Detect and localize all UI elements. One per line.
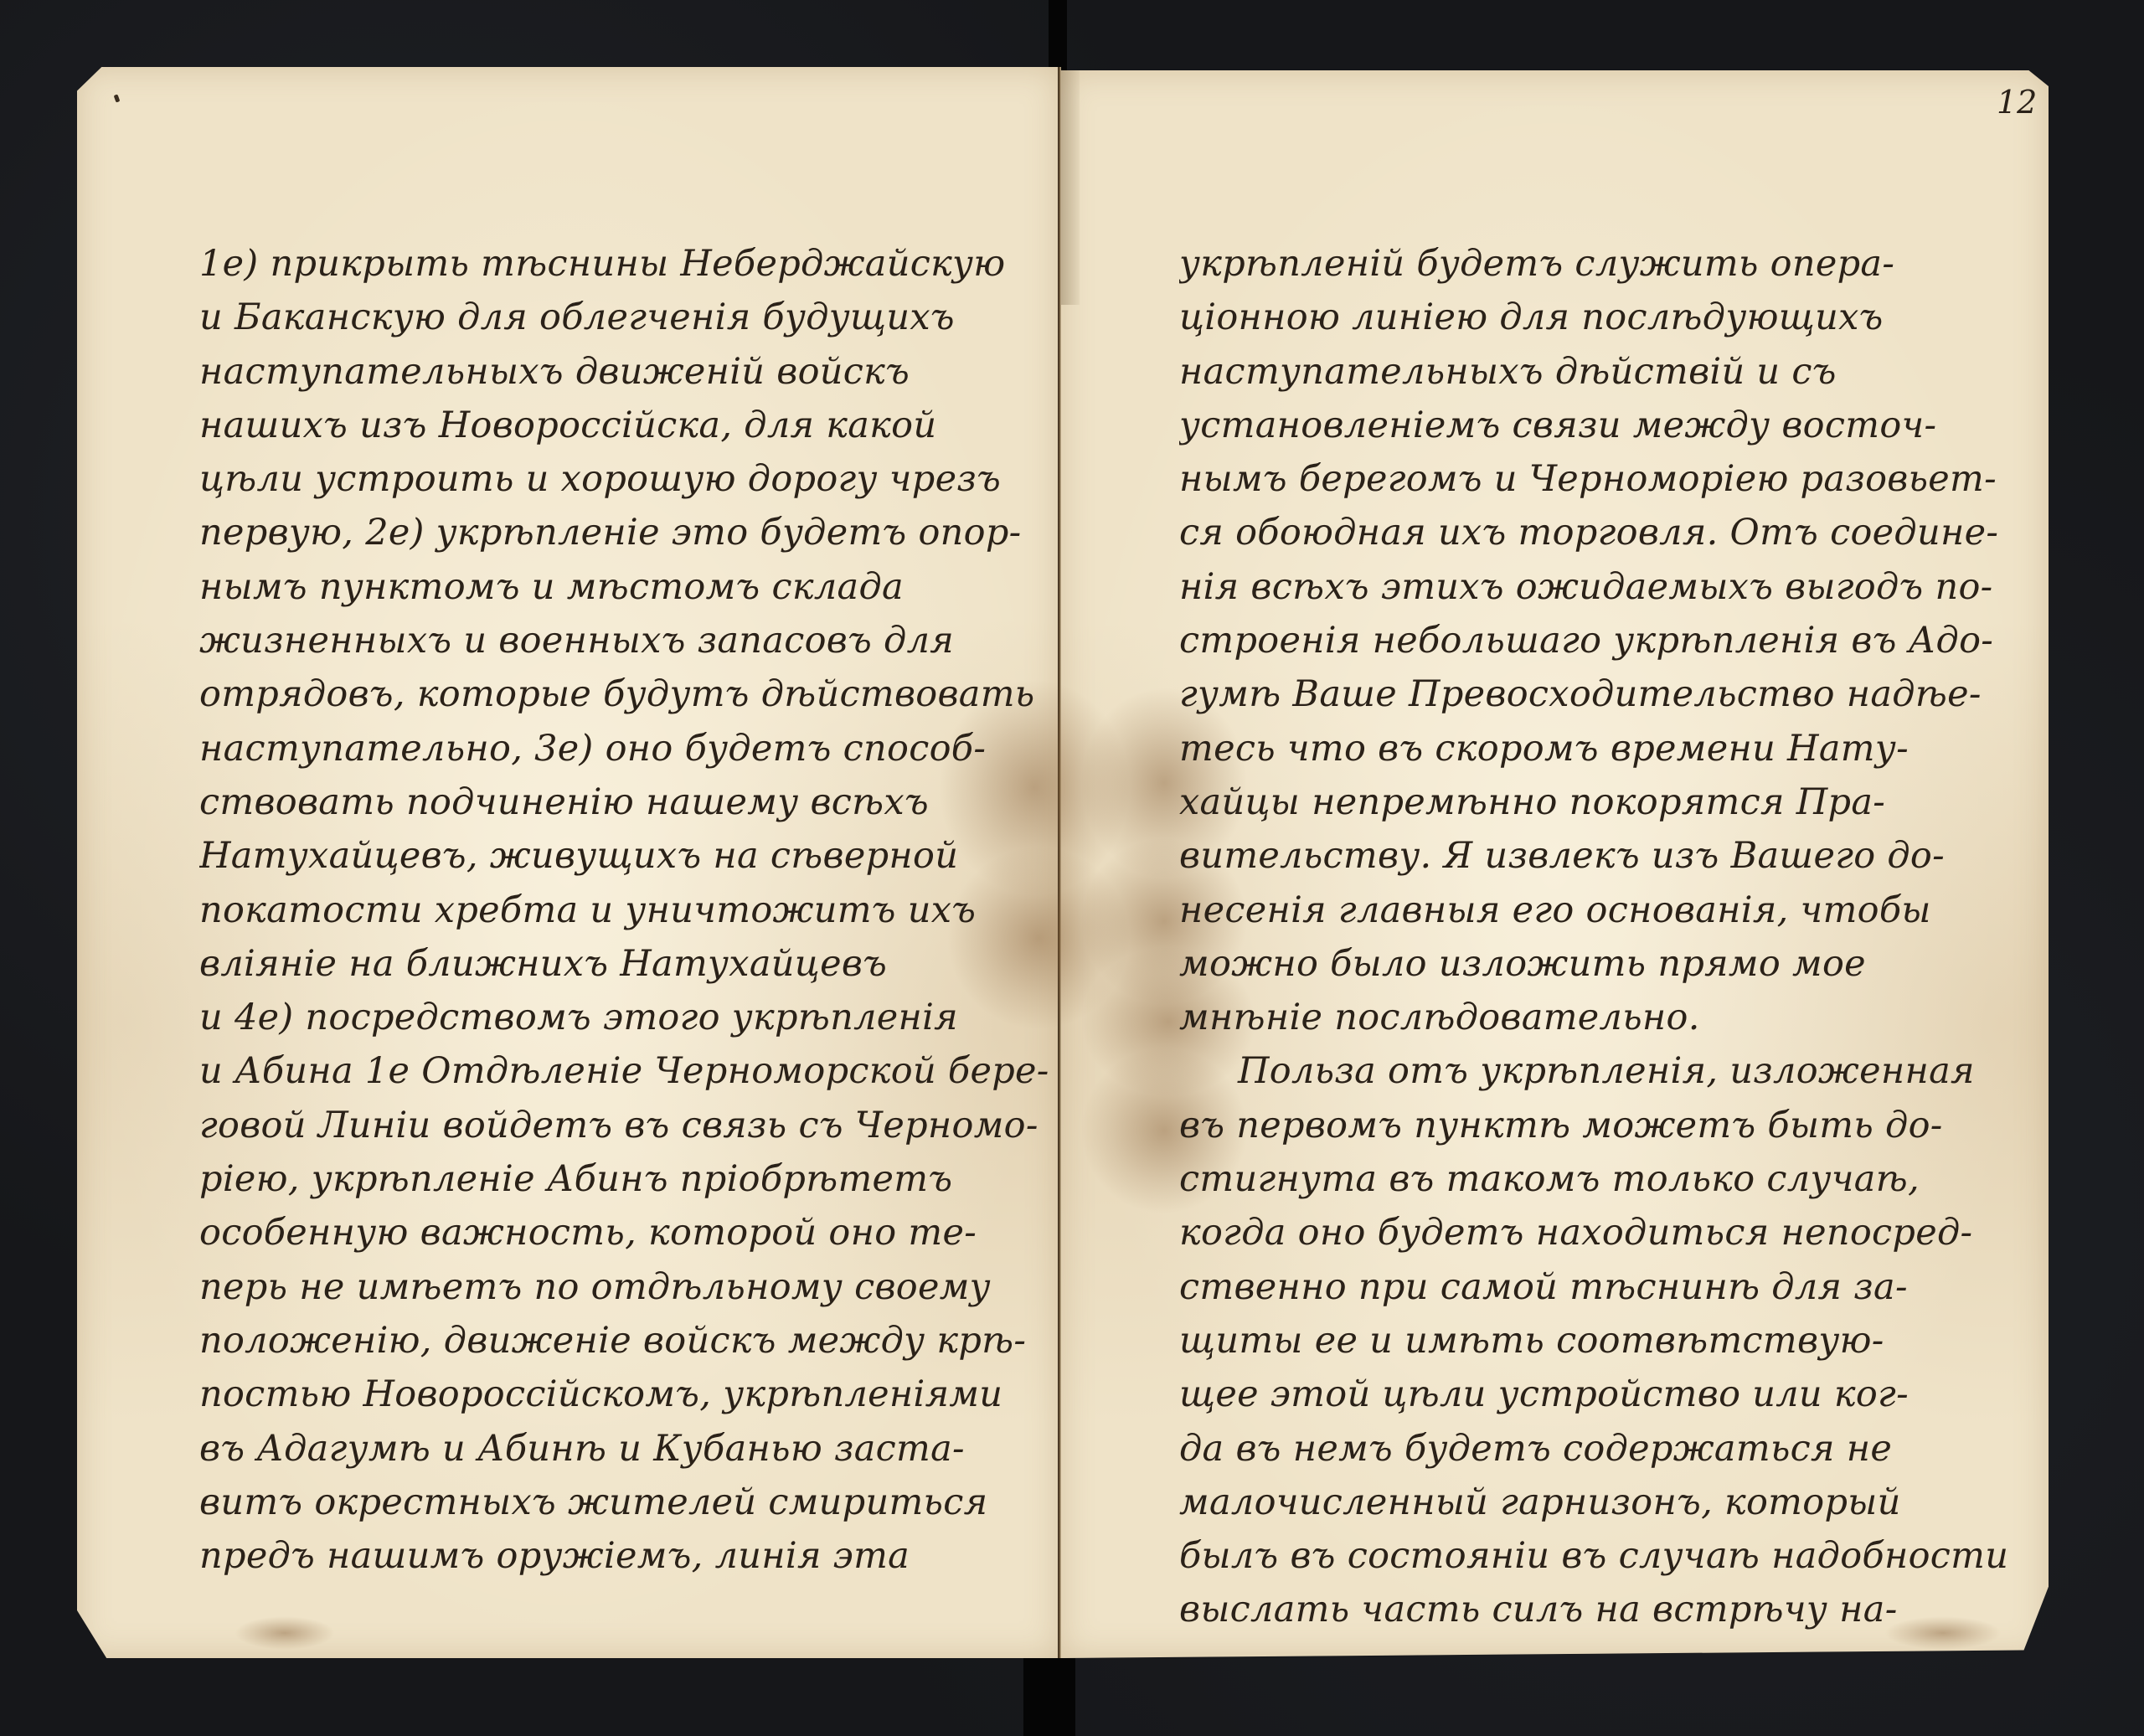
text-line: положенію, движеніе войскъ между крѣ- xyxy=(199,1314,1049,1368)
text-line: особенную важность, которой оно те- xyxy=(199,1206,1049,1260)
text-line: вительству. Я извлекъ изъ Вашего до- xyxy=(1179,829,2050,883)
text-line: наступательныхъ дѣйствій и съ xyxy=(1179,345,2050,399)
text-line: мнѣніе послѣдовательно. xyxy=(1179,991,2050,1044)
text-line: вліяніе на ближнихъ Натухайцевъ xyxy=(199,937,1049,991)
text-line: первую, 2е) укрѣпленіе это будетъ опор- xyxy=(199,506,1049,559)
text-line: нымъ берегомъ и Черноморіею разовьет- xyxy=(1179,452,2050,506)
text-line: строенія небольшаго укрѣпленія въ Адо- xyxy=(1179,614,2050,667)
folio-number: 12 xyxy=(1997,84,2037,121)
stain-mark xyxy=(234,1616,335,1650)
text-line: наступательно, 3е) оно будетъ способ- xyxy=(199,722,1049,775)
text-line: предъ нашимъ оружіемъ, линія эта xyxy=(199,1529,1049,1583)
text-line: былъ въ состояніи въ случаѣ надобности xyxy=(1179,1529,2050,1583)
text-line: выслать часть силъ на встрѣчу на- xyxy=(1179,1583,2050,1636)
right-page-text: укрѣпленій будетъ служить опера- ціонною… xyxy=(1179,237,2050,1637)
text-line: щее этой цѣли устройство или ког- xyxy=(1179,1368,2050,1421)
text-line: когда оно будетъ находиться непосред- xyxy=(1179,1206,2050,1260)
text-line: да въ немъ будетъ содержаться не xyxy=(1179,1422,2050,1476)
text-line: стигнута въ такомъ только случаѣ, xyxy=(1179,1152,2050,1206)
text-line: установленіемъ связи между восточ- xyxy=(1179,399,2050,452)
text-line: отрядовъ, которые будутъ дѣйствовать xyxy=(199,667,1049,721)
text-line: можно было изложить прямо мое xyxy=(1179,937,2050,991)
text-line: гумѣ Ваше Превосходительство надѣе- xyxy=(1179,667,2050,721)
left-page-text: 1е) прикрыть тѣснины Неберджайскую и Бак… xyxy=(199,237,1049,1583)
text-line: цѣли устроить и хорошую дорогу чрезъ xyxy=(199,452,1049,506)
text-line: въ первомъ пунктѣ можетъ быть до- xyxy=(1179,1099,2050,1152)
text-line: перь не имѣетъ по отдѣльному своему xyxy=(199,1260,1049,1314)
text-line: нашихъ изъ Новороссійска, для какой xyxy=(199,399,1049,452)
text-line: и Абина 1е Отдѣленіе Черноморской бере- xyxy=(199,1044,1049,1098)
fold-crease xyxy=(1061,70,1080,305)
text-line: покатости хребта и уничтожитъ ихъ xyxy=(199,883,1049,937)
text-line: Натухайцевъ, живущихъ на сѣверной xyxy=(199,829,1049,883)
text-line: постью Новороссійскомъ, укрѣпленіями xyxy=(199,1368,1049,1421)
text-line: укрѣпленій будетъ служить опера- xyxy=(1179,237,2050,291)
text-line: ріею, укрѣпленіе Абинъ пріобрѣтетъ xyxy=(199,1152,1049,1206)
text-line: малочисленный гарнизонъ, который xyxy=(1179,1476,2050,1529)
text-line: щиты ее и имѣть соотвѣтствую- xyxy=(1179,1314,2050,1368)
text-line: ся обоюдная ихъ торговля. Отъ соедине- xyxy=(1179,506,2050,559)
text-line: тесь что въ скоромъ времени Нату- xyxy=(1179,722,2050,775)
text-line: нія всѣхъ этихъ ожидаемыхъ выгодъ по- xyxy=(1179,560,2050,614)
text-line: витъ окрестныхъ жителей смириться xyxy=(199,1476,1049,1529)
text-line: жизненныхъ и военныхъ запасовъ для xyxy=(199,614,1049,667)
text-line: и Баканскую для облегченія будущихъ xyxy=(199,291,1049,344)
binding-gap-bottom xyxy=(1023,1658,1075,1736)
text-line: нымъ пунктомъ и мѣстомъ склада xyxy=(199,560,1049,614)
text-line: хайцы непремѣнно покорятся Пра- xyxy=(1179,775,2050,829)
text-line: наступательныхъ движеній войскъ xyxy=(199,345,1049,399)
paragraph-start-line: Польза отъ укрѣпленія, изложенная xyxy=(1179,1044,2050,1098)
text-line: 1е) прикрыть тѣснины Неберджайскую xyxy=(199,237,1049,291)
text-line: говой Линіи войдетъ въ связь съ Черномо- xyxy=(199,1099,1049,1152)
text-line: ственно при самой тѣснинѣ для за- xyxy=(1179,1260,2050,1314)
text-line: несенія главныя его основанія, чтобы xyxy=(1179,883,2050,937)
text-line: и 4е) посредствомъ этого укрѣпленія xyxy=(199,991,1049,1044)
text-line: въ Адагумѣ и Абинѣ и Кубанью заста- xyxy=(199,1422,1049,1476)
text-line: ціонною линіею для послѣдующихъ xyxy=(1179,291,2050,344)
text-line: ствовать подчиненію нашему всѣхъ xyxy=(199,775,1049,829)
